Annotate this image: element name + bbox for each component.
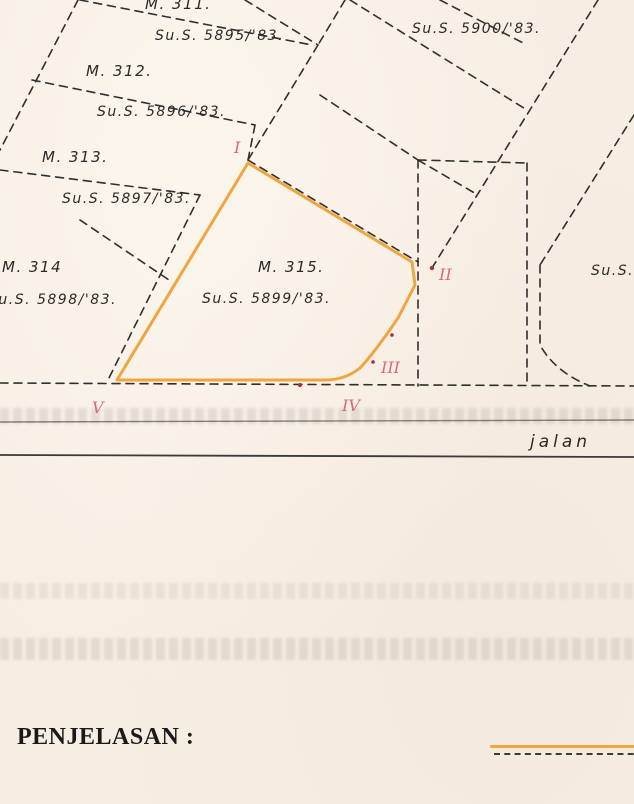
parcel-boundary-line: [108, 195, 200, 380]
parcel-boundary-line: [248, 45, 318, 160]
parcel-boundary-line: [0, 0, 78, 150]
parcel-boundary-line: [418, 160, 527, 163]
boundary-point-label: III: [380, 358, 401, 377]
parcel-id-label: M. 313.: [42, 148, 108, 166]
boundary-point-marker: [430, 266, 434, 270]
legend-symbols: [490, 742, 634, 758]
legend-dashed-line-symbol: [494, 753, 634, 755]
parcel-boundary-line: [80, 220, 172, 282]
legend-title: PENJELASAN :: [17, 724, 194, 751]
parcel-boundary-line: [320, 95, 418, 160]
parcel-certificate-label: Su.S. 5896/'83.: [97, 104, 226, 120]
parcel-boundary-line: [540, 115, 634, 265]
parcel-id-label: M. 314: [2, 258, 62, 276]
road-edge-line: [0, 455, 634, 457]
parcel-boundary-line: [432, 0, 598, 268]
parcel-certificate-label: Su.S. 5898/'83.: [0, 292, 117, 308]
boundary-point-label: II: [438, 265, 452, 284]
boundary-point-marker: [298, 383, 302, 387]
parcel-certificate-label: Su.S. 5900/'83.: [412, 21, 541, 37]
parcel-boundary-line: [418, 160, 478, 195]
parcel-certificate-label: Su.S. 5895/'83.: [155, 28, 284, 44]
road-label: jalan: [528, 432, 591, 452]
boundary-point-marker: [371, 360, 375, 364]
parcel-certificate-label: Su.S. 5897/'83.: [62, 191, 191, 207]
parcel-boundary-line: [318, 0, 345, 45]
parcel-certificate-label: Su.S.: [591, 263, 634, 279]
boundary-point-label: I: [233, 138, 241, 157]
road-edge-line: [0, 420, 634, 422]
parcel-boundary-line: [350, 0, 527, 110]
parcel-certificate-label: Su.S. 5899/'83.: [202, 291, 331, 307]
parcel-id-label: M. 312.: [86, 62, 152, 80]
parcel-id-label: M. 315.: [258, 258, 324, 276]
parcel-boundary-line: [248, 160, 418, 262]
boundary-point-label: IV: [341, 396, 361, 415]
parcel-boundary-line: [540, 265, 590, 386]
cadastral-map: M. 311. Su.S. 5895/'83. M. 312. Su.S. 58…: [0, 0, 634, 804]
road-edge-dashed-line: [0, 383, 634, 386]
boundary-point-marker: [390, 333, 394, 337]
boundary-point-label: V: [92, 398, 105, 417]
parcel-id-label: M. 311.: [145, 0, 211, 13]
legend-orange-line-symbol: [490, 745, 634, 748]
